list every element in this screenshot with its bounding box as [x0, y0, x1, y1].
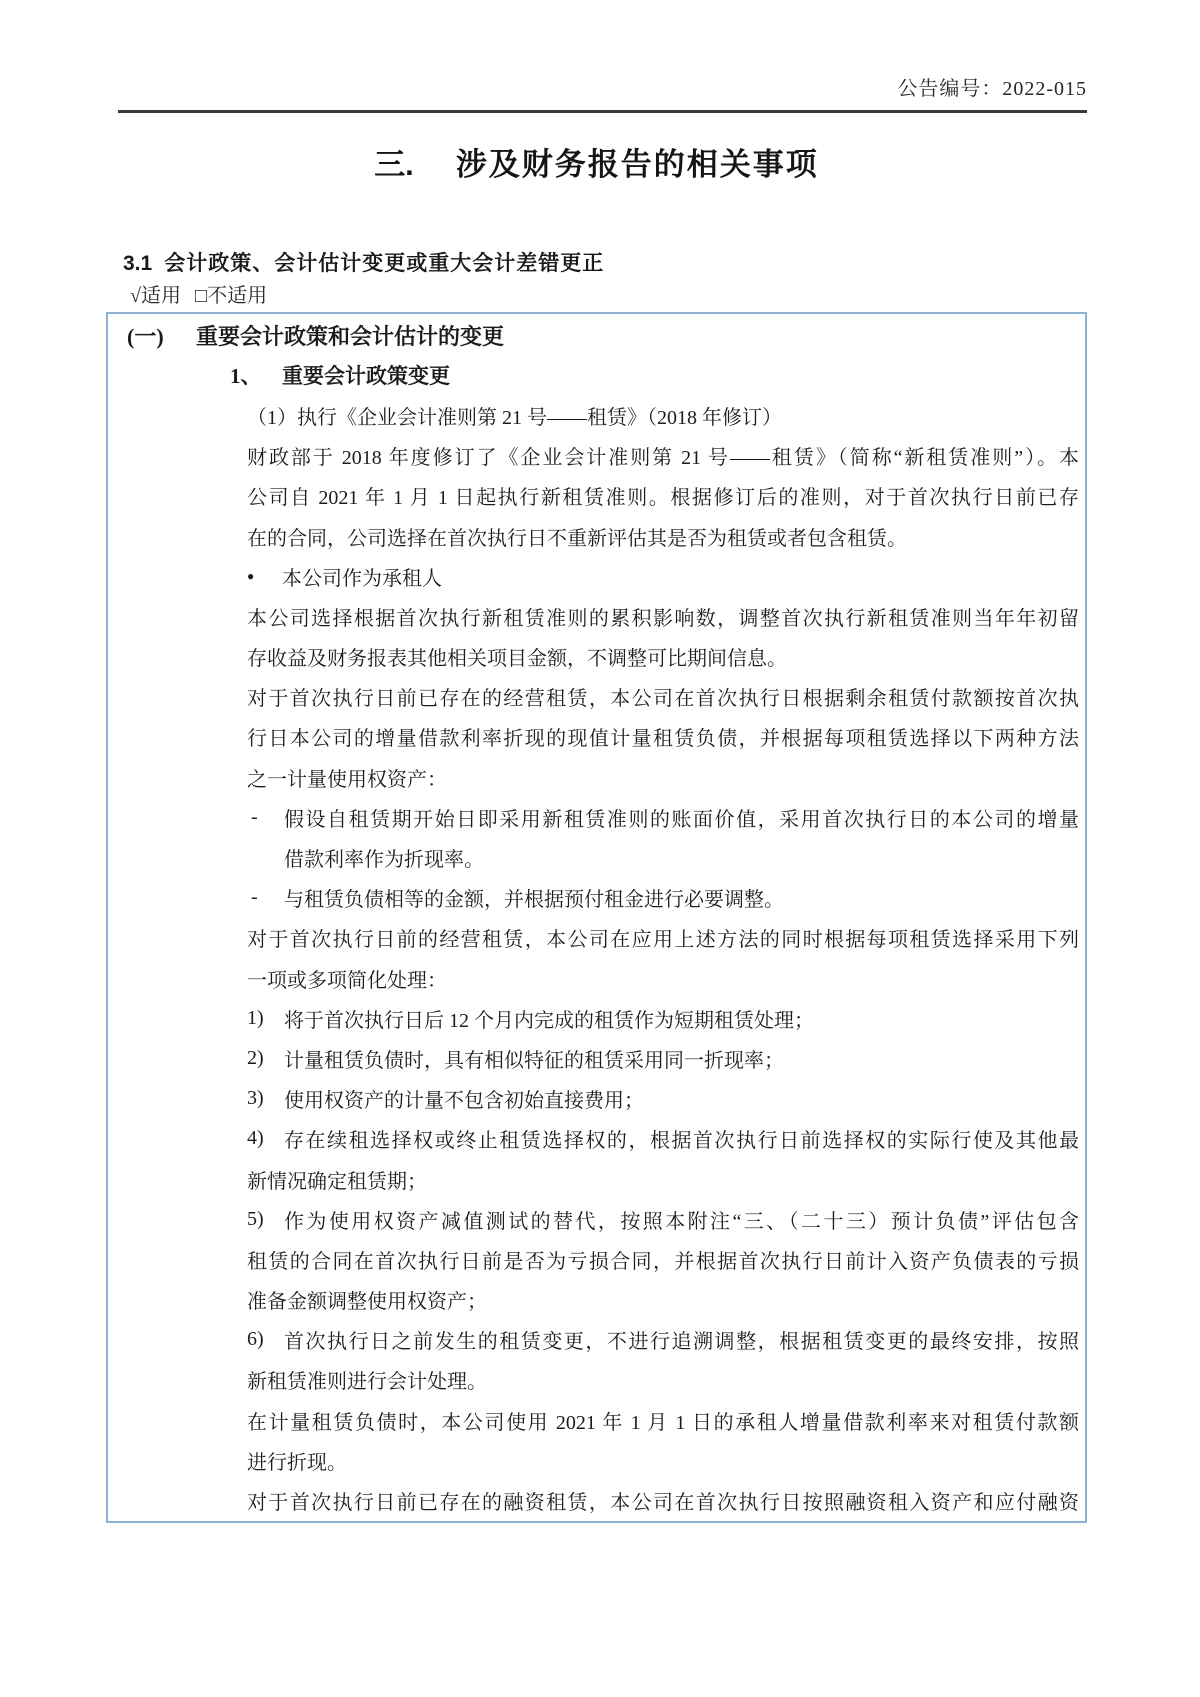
document-page: 公告编号：2022-015 三.涉及财务报告的相关事项 3.1会计政策、会计估计…	[0, 0, 1200, 1697]
line-text: 新情况确定租赁期；	[247, 1165, 1079, 1194]
section-heading: 3.1会计政策、会计估计变更或重大会计差错更正	[123, 251, 1087, 277]
text-line: 新情况确定租赁期；	[108, 1159, 1085, 1199]
text-line: 对于首次执行日前已存在的融资租赁，本公司在首次执行日按照融资租入资产和应付融资	[108, 1480, 1085, 1520]
text-line: ●本公司作为承租人	[108, 556, 1085, 596]
text-line: 进行折现。	[108, 1440, 1085, 1480]
text-line: 1、重要会计政策变更	[108, 355, 1085, 395]
text-line: -假设自租赁期开始日即采用新租赁准则的账面价值，采用首次执行日的本公司的增量	[108, 797, 1085, 837]
text-line: 在的合同，公司选择在首次执行日不重新评估其是否为租赁或者包含租赁。	[108, 516, 1085, 556]
title-text: 涉及财务报告的相关事项	[456, 147, 819, 182]
bullet-icon: ●	[247, 569, 282, 584]
policy-box: (一)重要会计政策和会计估计的变更1、重要会计政策变更（1）执行《企业会计准则第…	[106, 312, 1087, 1523]
title-prefix: 三.	[374, 147, 414, 182]
line-text: 重要会计政策变更	[282, 360, 1079, 390]
line-text: 对于首次执行日前已存在的融资租赁，本公司在首次执行日按照融资租入资产和应付融资	[247, 1486, 1079, 1515]
text-line: 本公司选择根据首次执行新租赁准则的累积影响数，调整首次执行新租赁准则当年年初留	[108, 596, 1085, 636]
text-line: 之一计量使用权资产：	[108, 757, 1085, 797]
line-text: 一项或多项简化处理：	[247, 964, 1079, 993]
text-line: -与租赁负债相等的金额，并根据预付租金进行必要调整。	[108, 878, 1085, 918]
text-line: 在计量租赁负债时，本公司使用 2021 年 1 月 1 日的承租人增量借款利率来…	[108, 1400, 1085, 1440]
line-text: 与租赁负债相等的金额，并根据预付租金进行必要调整。	[284, 883, 1079, 912]
list-marker: 4)	[247, 1127, 284, 1150]
section-heading-text: 会计政策、会计估计变更或重大会计差错更正	[164, 252, 604, 275]
line-text: 之一计量使用权资产：	[247, 763, 1079, 792]
not-applicable-label: 不适用	[207, 285, 267, 307]
text-line: 财政部于 2018 年度修订了《企业会计准则第 21 号——租赁》（简称“新租赁…	[108, 436, 1085, 476]
line-text: 新租赁准则进行会计处理。	[247, 1365, 1079, 1394]
text-line: 新租赁准则进行会计处理。	[108, 1360, 1085, 1400]
list-marker: 2)	[247, 1047, 284, 1070]
section-number: 3.1	[123, 252, 152, 275]
text-line: 对于首次执行日前的经营租赁，本公司在应用上述方法的同时根据每项租赁选择采用下列	[108, 918, 1085, 958]
line-text: 公司自 2021 年 1 月 1 日起执行新租赁准则。根据修订后的准则，对于首次…	[247, 481, 1079, 510]
applicability-line: √适用□不适用	[130, 283, 1087, 309]
line-text: 进行折现。	[247, 1446, 1079, 1475]
text-line: 租赁的合同在首次执行日前是否为亏损合同，并根据首次执行日前计入资产负债表的亏损	[108, 1239, 1085, 1279]
text-line: 一项或多项简化处理：	[108, 958, 1085, 998]
line-text: 在计量租赁负债时，本公司使用 2021 年 1 月 1 日的承租人增量借款利率来…	[247, 1406, 1079, 1435]
text-line: （1）执行《企业会计准则第 21 号——租赁》（2018 年修订）	[108, 395, 1085, 435]
doc-number: 公告编号：2022-015	[106, 78, 1087, 100]
text-line: 公司自 2021 年 1 月 1 日起执行新租赁准则。根据修订后的准则，对于首次…	[108, 476, 1085, 516]
line-text: 首次执行日之前发生的租赁变更，不进行追溯调整，根据租赁变更的最终安排，按照	[284, 1325, 1079, 1354]
text-line: 借款利率作为折现率。	[108, 837, 1085, 877]
page-title: 三.涉及财务报告的相关事项	[106, 145, 1087, 185]
line-text: 对于首次执行日前的经营租赁，本公司在应用上述方法的同时根据每项租赁选择采用下列	[247, 923, 1079, 952]
text-line: 5)作为使用权资产减值测试的替代，按照本附注“三、（二十三）预计负债”评估包含	[108, 1199, 1085, 1239]
text-line: 6)首次执行日之前发生的租赁变更，不进行追溯调整，根据租赁变更的最终安排，按照	[108, 1320, 1085, 1360]
header-divider	[118, 110, 1087, 113]
text-line: 行日本公司的增量借款利率折现的现值计量租赁负债，并根据每项租赁选择以下两种方法	[108, 717, 1085, 757]
check-mark: √	[130, 285, 141, 307]
line-text: （1）执行《企业会计准则第 21 号——租赁》（2018 年修订）	[247, 401, 1079, 430]
line-text: 存收益及财务报表其他相关项目金额，不调整可比期间信息。	[247, 642, 1079, 671]
text-line: 3)使用权资产的计量不包含初始直接费用；	[108, 1079, 1085, 1119]
list-marker: (一)	[127, 320, 196, 351]
list-marker: 5)	[247, 1208, 284, 1231]
list-marker: 3)	[247, 1087, 284, 1110]
line-text: 在的合同，公司选择在首次执行日不重新评估其是否为租赁或者包含租赁。	[247, 522, 1079, 551]
text-line: 1)将于首次执行日后 12 个月内完成的租赁作为短期租赁处理；	[108, 998, 1085, 1038]
line-text: 存在续租选择权或终止租赁选择权的，根据首次执行日前选择权的实际行使及其他最	[284, 1124, 1079, 1153]
text-line: 准备金额调整使用权资产；	[108, 1280, 1085, 1320]
line-text: 作为使用权资产减值测试的替代，按照本附注“三、（二十三）预计负债”评估包含	[284, 1205, 1079, 1234]
line-text: 借款利率作为折现率。	[284, 843, 1079, 872]
checkbox-empty-icon: □	[195, 285, 207, 307]
list-marker: -	[251, 886, 284, 909]
text-line: 对于首次执行日前已存在的经营租赁，本公司在首次执行日根据剩余租赁付款额按首次执	[108, 677, 1085, 717]
text-line: (一)重要会计政策和会计估计的变更	[108, 315, 1085, 355]
line-text: 本公司选择根据首次执行新租赁准则的累积影响数，调整首次执行新租赁准则当年年初留	[247, 602, 1079, 631]
line-text: 租赁的合同在首次执行日前是否为亏损合同，并根据首次执行日前计入资产负债表的亏损	[247, 1245, 1079, 1274]
line-text: 行日本公司的增量借款利率折现的现值计量租赁负债，并根据每项租赁选择以下两种方法	[247, 722, 1079, 751]
line-text: 本公司作为承租人	[282, 562, 1079, 591]
text-line: 2)计量租赁负债时，具有相似特征的租赁采用同一折现率；	[108, 1038, 1085, 1078]
text-line: 存收益及财务报表其他相关项目金额，不调整可比期间信息。	[108, 637, 1085, 677]
line-text: 对于首次执行日前已存在的经营租赁，本公司在首次执行日根据剩余租赁付款额按首次执	[247, 682, 1079, 711]
line-text: 将于首次执行日后 12 个月内完成的租赁作为短期租赁处理；	[284, 1004, 1079, 1033]
applicable-label: 适用	[141, 285, 181, 307]
line-text: 使用权资产的计量不包含初始直接费用；	[284, 1084, 1079, 1113]
list-marker: 1、	[230, 360, 282, 390]
line-text: 假设自租赁期开始日即采用新租赁准则的账面价值，采用首次执行日的本公司的增量	[284, 803, 1079, 832]
line-text: 计量租赁负债时，具有相似特征的租赁采用同一折现率；	[284, 1044, 1079, 1073]
line-text: 准备金额调整使用权资产；	[247, 1285, 1079, 1314]
line-text: 财政部于 2018 年度修订了《企业会计准则第 21 号——租赁》（简称“新租赁…	[247, 441, 1079, 470]
list-marker: 6)	[247, 1328, 284, 1351]
list-marker: -	[251, 806, 284, 829]
line-text: 重要会计政策和会计估计的变更	[196, 320, 1079, 351]
text-line: 4)存在续租选择权或终止租赁选择权的，根据首次执行日前选择权的实际行使及其他最	[108, 1119, 1085, 1159]
list-marker: 1)	[247, 1007, 284, 1030]
